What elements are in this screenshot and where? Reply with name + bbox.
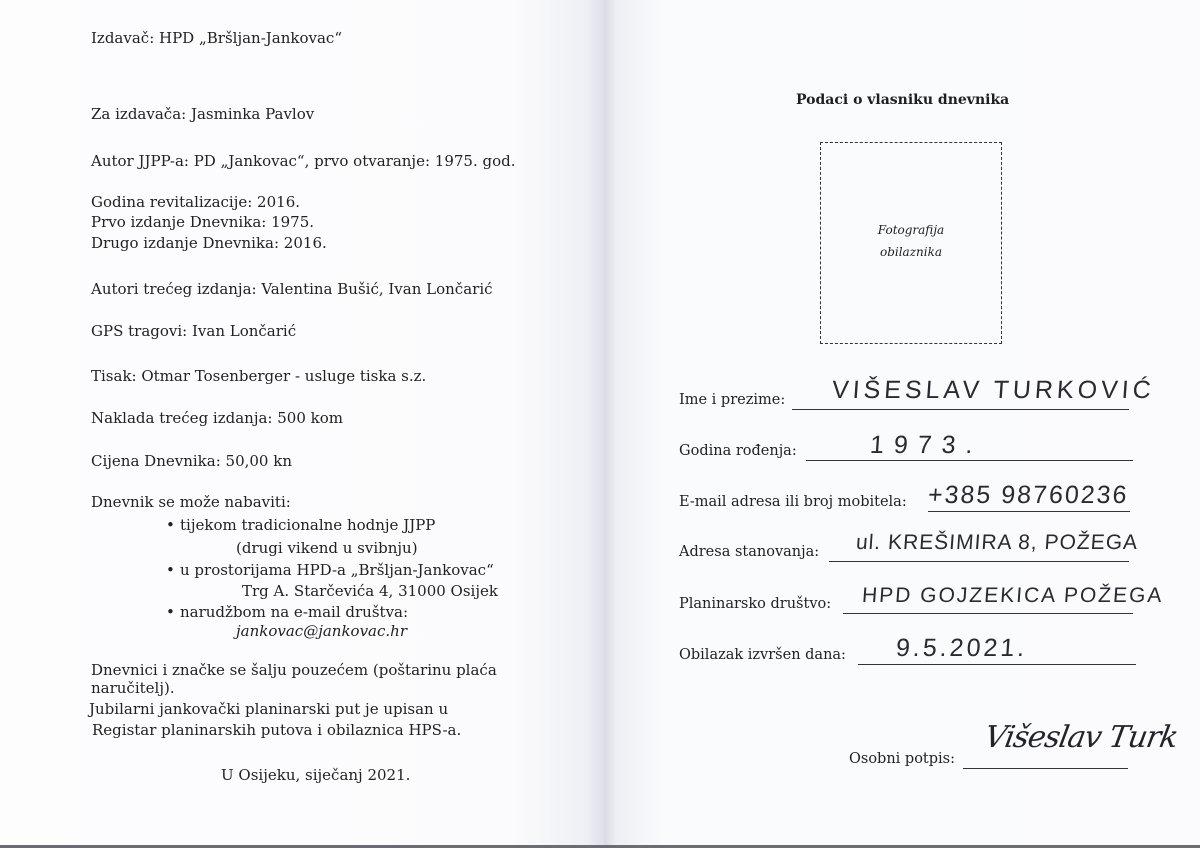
address-value: ul. KREŠIMIRA 8, POŽEGA [855, 531, 1139, 555]
gps-line: GPS tragovi: Ivan Lončarić [91, 322, 296, 340]
contact-field-line[interactable] [928, 511, 1130, 512]
photo-placeholder-box: Fotografija obilaznika [820, 142, 1002, 344]
visit-date-field-line[interactable] [858, 664, 1136, 665]
place-date-line: U Osijeku, siječanj 2021. [221, 766, 410, 784]
contact-label: E-mail adresa ili broj mobitela: [679, 494, 907, 510]
registry-line-1: Jubilarni jankovački planinarski put je … [89, 700, 448, 718]
availability-bullet-1: tijekom tradicionalne hodnje JJPP [180, 516, 435, 534]
birth-year-label: Godina rođenja: [679, 443, 797, 459]
signature-field-line[interactable] [963, 768, 1128, 769]
visit-date-label: Obilazak izvršen dana: [679, 647, 846, 663]
owner-section-title: Podaci o vlasniku dnevnika [796, 92, 1009, 108]
club-value: HPD GOJZEKICA POŽEGA [861, 584, 1164, 608]
contact-value: +385 98760236 [927, 481, 1130, 510]
first-edition-line: Prvo izdanje Dnevnika: 1975. [91, 213, 314, 231]
print-line: Tisak: Otmar Tosenberger - usluge tiska … [91, 367, 426, 385]
club-label: Planinarsko društvo: [679, 596, 831, 612]
revitalization-line: Godina revitalizacije: 2016. [91, 193, 300, 211]
availability-bullet-2-sub: Trg A. Starčevića 4, 31000 Osijek [242, 582, 498, 600]
photo-placeholder-label: Fotografija obilaznika [821, 219, 1001, 263]
shipping-line-1: Dnevnici i značke se šalju pouzećem (poš… [91, 661, 497, 679]
availability-heading: Dnevnik se može nabaviti: [91, 493, 291, 511]
circulation-line: Naklada trećeg izdanja: 500 kom [91, 409, 343, 427]
left-page: Izdavač: HPD „Bršljan-Jankovac“ Za izdav… [0, 0, 604, 848]
signature-value: Višeslav Turk [982, 720, 1180, 755]
price-line: Cijena Dnevnika: 50,00 kn [91, 452, 292, 470]
name-field-line[interactable] [792, 409, 1129, 410]
availability-bullet-2: u prostorijama HPD-a „Bršljan-Jankovac“ [180, 561, 494, 579]
for-publisher-line: Za izdavača: Jasminka Pavlov [91, 105, 314, 123]
address-label: Adresa stanovanja: [679, 544, 819, 560]
registry-line-2: Registar planinarskih putova i obilaznic… [92, 721, 461, 739]
availability-bullet-3: narudžbom na e-mail društva: [180, 603, 408, 621]
address-field-line[interactable] [829, 561, 1129, 562]
signature-label: Osobni potpis: [849, 751, 955, 767]
birth-year-value: 1973. [869, 431, 984, 460]
author-line: Autor JJPP-a: PD „Jankovac“, prvo otvara… [91, 152, 516, 170]
visit-date-value: 9.5.2021. [895, 634, 1028, 663]
publisher-line: Izdavač: HPD „Bršljan-Jankovac“ [91, 29, 342, 47]
name-label: Ime i prezime: [679, 392, 785, 408]
availability-bullet-1-sub: (drugi vikend u svibnju) [236, 539, 418, 557]
club-field-line[interactable] [843, 613, 1133, 614]
shipping-line-2: naručitelj). [91, 679, 175, 697]
second-edition-line: Drugo izdanje Dnevnika: 2016. [91, 234, 327, 252]
third-edition-authors-line: Autori trećeg izdanja: Valentina Bušić, … [91, 280, 493, 298]
birth-year-field-line[interactable] [806, 460, 1133, 461]
contact-email-link[interactable]: jankovac@jankovac.hr [236, 622, 407, 640]
name-value: VIŠESLAV TURKOVIĆ [831, 376, 1156, 405]
